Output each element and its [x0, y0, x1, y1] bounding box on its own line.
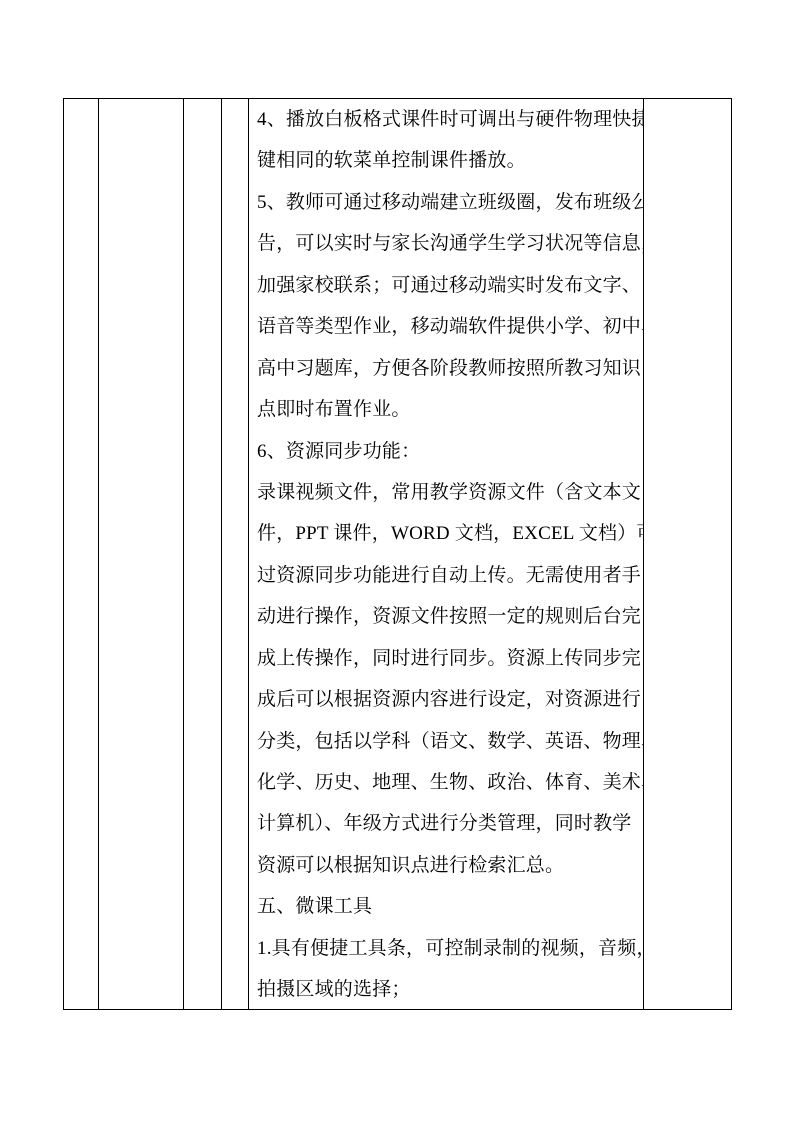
- text-line: 拍摄区域的选择；: [257, 969, 637, 1009]
- text-line: 点即时布置作业。: [257, 389, 637, 430]
- text-line: 告，可以实时与家长沟通学生学习状况等信息，: [257, 223, 637, 264]
- text-line: 过资源同步功能进行自动上传。无需使用者手: [257, 555, 637, 596]
- table-cell-empty-3: [184, 99, 222, 1009]
- text-line: 6、资源同步功能：: [257, 431, 637, 472]
- text-line: 分类，包括以学科（语文、数学、英语、物理、: [257, 721, 637, 762]
- table-cell-empty-4: [222, 99, 249, 1009]
- text-line: 录课视频文件，常用教学资源文件（含文本文: [257, 472, 637, 513]
- text-line: 高中习题库，方便各阶段教师按照所教习知识: [257, 348, 637, 389]
- table-cell-empty-1: [64, 99, 99, 1009]
- text-line: 件，PPT 课件，WORD 文档，EXCEL 文档）可以通: [257, 513, 637, 554]
- text-line: 成后可以根据资源内容进行设定，对资源进行: [257, 679, 637, 720]
- text-line: 资源可以根据知识点进行检索汇总。: [257, 845, 637, 886]
- text-line: 4、播放白板格式课件时可调出与硬件物理快捷: [257, 99, 637, 140]
- table-cell-empty-5: [644, 99, 731, 1009]
- text-line: 化学、历史、地理、生物、政治、体育、美术、: [257, 762, 637, 803]
- table-cell-content: 4、播放白板格式课件时可调出与硬件物理快捷键相同的软菜单控制课件播放。5、教师可…: [249, 99, 644, 1009]
- document-page: 4、播放白板格式课件时可调出与硬件物理快捷键相同的软菜单控制课件播放。5、教师可…: [0, 0, 793, 1122]
- text-line: 语音等类型作业，移动端软件提供小学、初中、: [257, 306, 637, 347]
- text-line: 加强家校联系；可通过移动端实时发布文字、: [257, 265, 637, 306]
- table-cell-empty-2: [99, 99, 184, 1009]
- text-line: 五、微课工具: [257, 886, 637, 927]
- text-line: 动进行操作，资源文件按照一定的规则后台完: [257, 596, 637, 637]
- text-line: 1.具有便捷工具条，可控制录制的视频，音频，: [257, 928, 637, 969]
- spec-table: 4、播放白板格式课件时可调出与硬件物理快捷键相同的软菜单控制课件播放。5、教师可…: [63, 98, 732, 1010]
- text-line: 键相同的软菜单控制课件播放。: [257, 140, 637, 181]
- text-line: 成上传操作，同时进行同步。资源上传同步完: [257, 638, 637, 679]
- text-line: 计算机）、年级方式进行分类管理，同时教学: [257, 803, 637, 844]
- text-line: 5、教师可通过移动端建立班级圈，发布班级公: [257, 182, 637, 223]
